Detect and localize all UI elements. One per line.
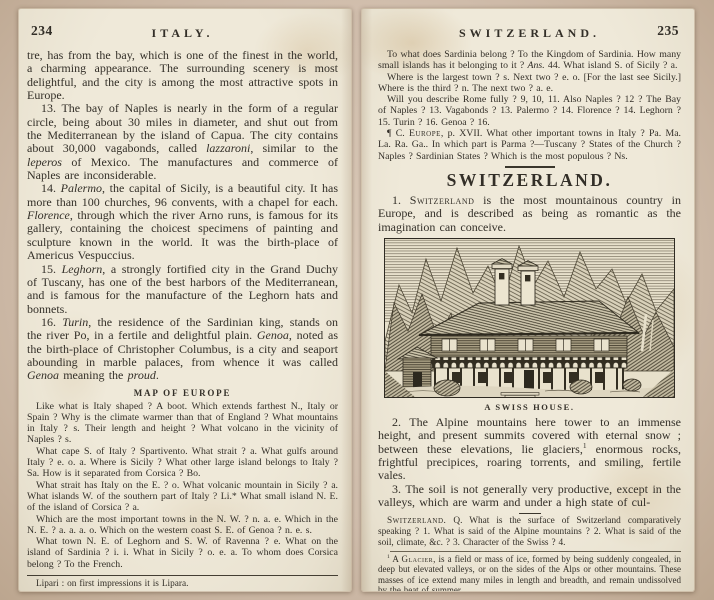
question-paragraph: Where is the largest town ? s. Next two …	[378, 72, 681, 95]
engraving-caption: A SWISS HOUSE.	[378, 402, 681, 412]
page-number: 235	[657, 23, 679, 39]
body-paragraph: 2. The Alpine mountains here tower to an…	[378, 416, 681, 483]
page-left: 234 ITALY. tre, has from the bay, which …	[18, 8, 352, 592]
question-paragraph: Like what is Italy shaped ? A boot. Whic…	[27, 401, 338, 446]
running-head-row: 234 ITALY.	[27, 24, 338, 40]
running-head-row: SWITZERLAND. 235	[378, 24, 681, 40]
swiss-house-engraving	[385, 239, 674, 397]
page-number: 234	[31, 23, 53, 39]
engraving-block	[384, 238, 675, 398]
question-paragraph: Will you describe Rome fully ? 9, 10, 11…	[378, 94, 681, 128]
page-left-content: 234 ITALY. tre, has from the bay, which …	[19, 9, 351, 591]
glacier-footnote: 1 A Glacier, is a field or mass of ice, …	[378, 554, 681, 592]
footnote: Lipari : on first impressions it is Lipa…	[27, 579, 338, 590]
question-paragraph: Which are the most important towns in th…	[27, 514, 338, 537]
body-paragraph: 15. Leghorn, a strongly fortified city i…	[27, 263, 338, 316]
page-right: SWITZERLAND. 235 To what does Sardinia b…	[361, 8, 695, 592]
body-paragraph: 14. Palermo, the capital of Sicily, is a…	[27, 182, 338, 262]
body-paragraph: 1. Switzerland is the most mountainous c…	[378, 194, 681, 234]
running-head: ITALY.	[152, 26, 214, 40]
map-of-europe-heading: MAP OF EUROPE	[27, 388, 338, 398]
page-right-content: SWITZERLAND. 235 To what does Sardinia b…	[362, 9, 694, 591]
question-paragraph: ¶ C. Europe, p. XVII. What other importa…	[378, 128, 681, 162]
chapter-heading: SWITZERLAND.	[378, 170, 681, 191]
question-paragraph: To what does Sardinia belong ? To the Ki…	[378, 49, 681, 72]
running-head: SWITZERLAND.	[459, 26, 600, 40]
footnote-rule	[27, 575, 338, 576]
body-paragraph: 3. The soil is not generally very produc…	[378, 483, 681, 510]
footnote-rule	[390, 551, 681, 552]
questions-footnote: Switzerland. Q. What is the surface of S…	[378, 516, 681, 548]
body-paragraph: 16. Turin, the residence of the Sardinia…	[27, 316, 338, 383]
question-paragraph: What town N. E. of Leghorn and S. W. of …	[27, 536, 338, 570]
questions-divider-rule	[519, 513, 541, 514]
book-scan: 234 ITALY. tre, has from the bay, which …	[0, 0, 714, 600]
question-paragraph: What strait has Italy on the E. ? o. Wha…	[27, 480, 338, 514]
body-paragraph: 13. The bay of Naples is nearly in the f…	[27, 102, 338, 182]
engraving-frame	[384, 238, 675, 398]
question-paragraph: What cape S. of Italy ? Spartivento. Wha…	[27, 446, 338, 480]
section-divider-rule	[505, 166, 555, 168]
body-paragraph: tre, has from the bay, which is one of t…	[27, 49, 338, 102]
